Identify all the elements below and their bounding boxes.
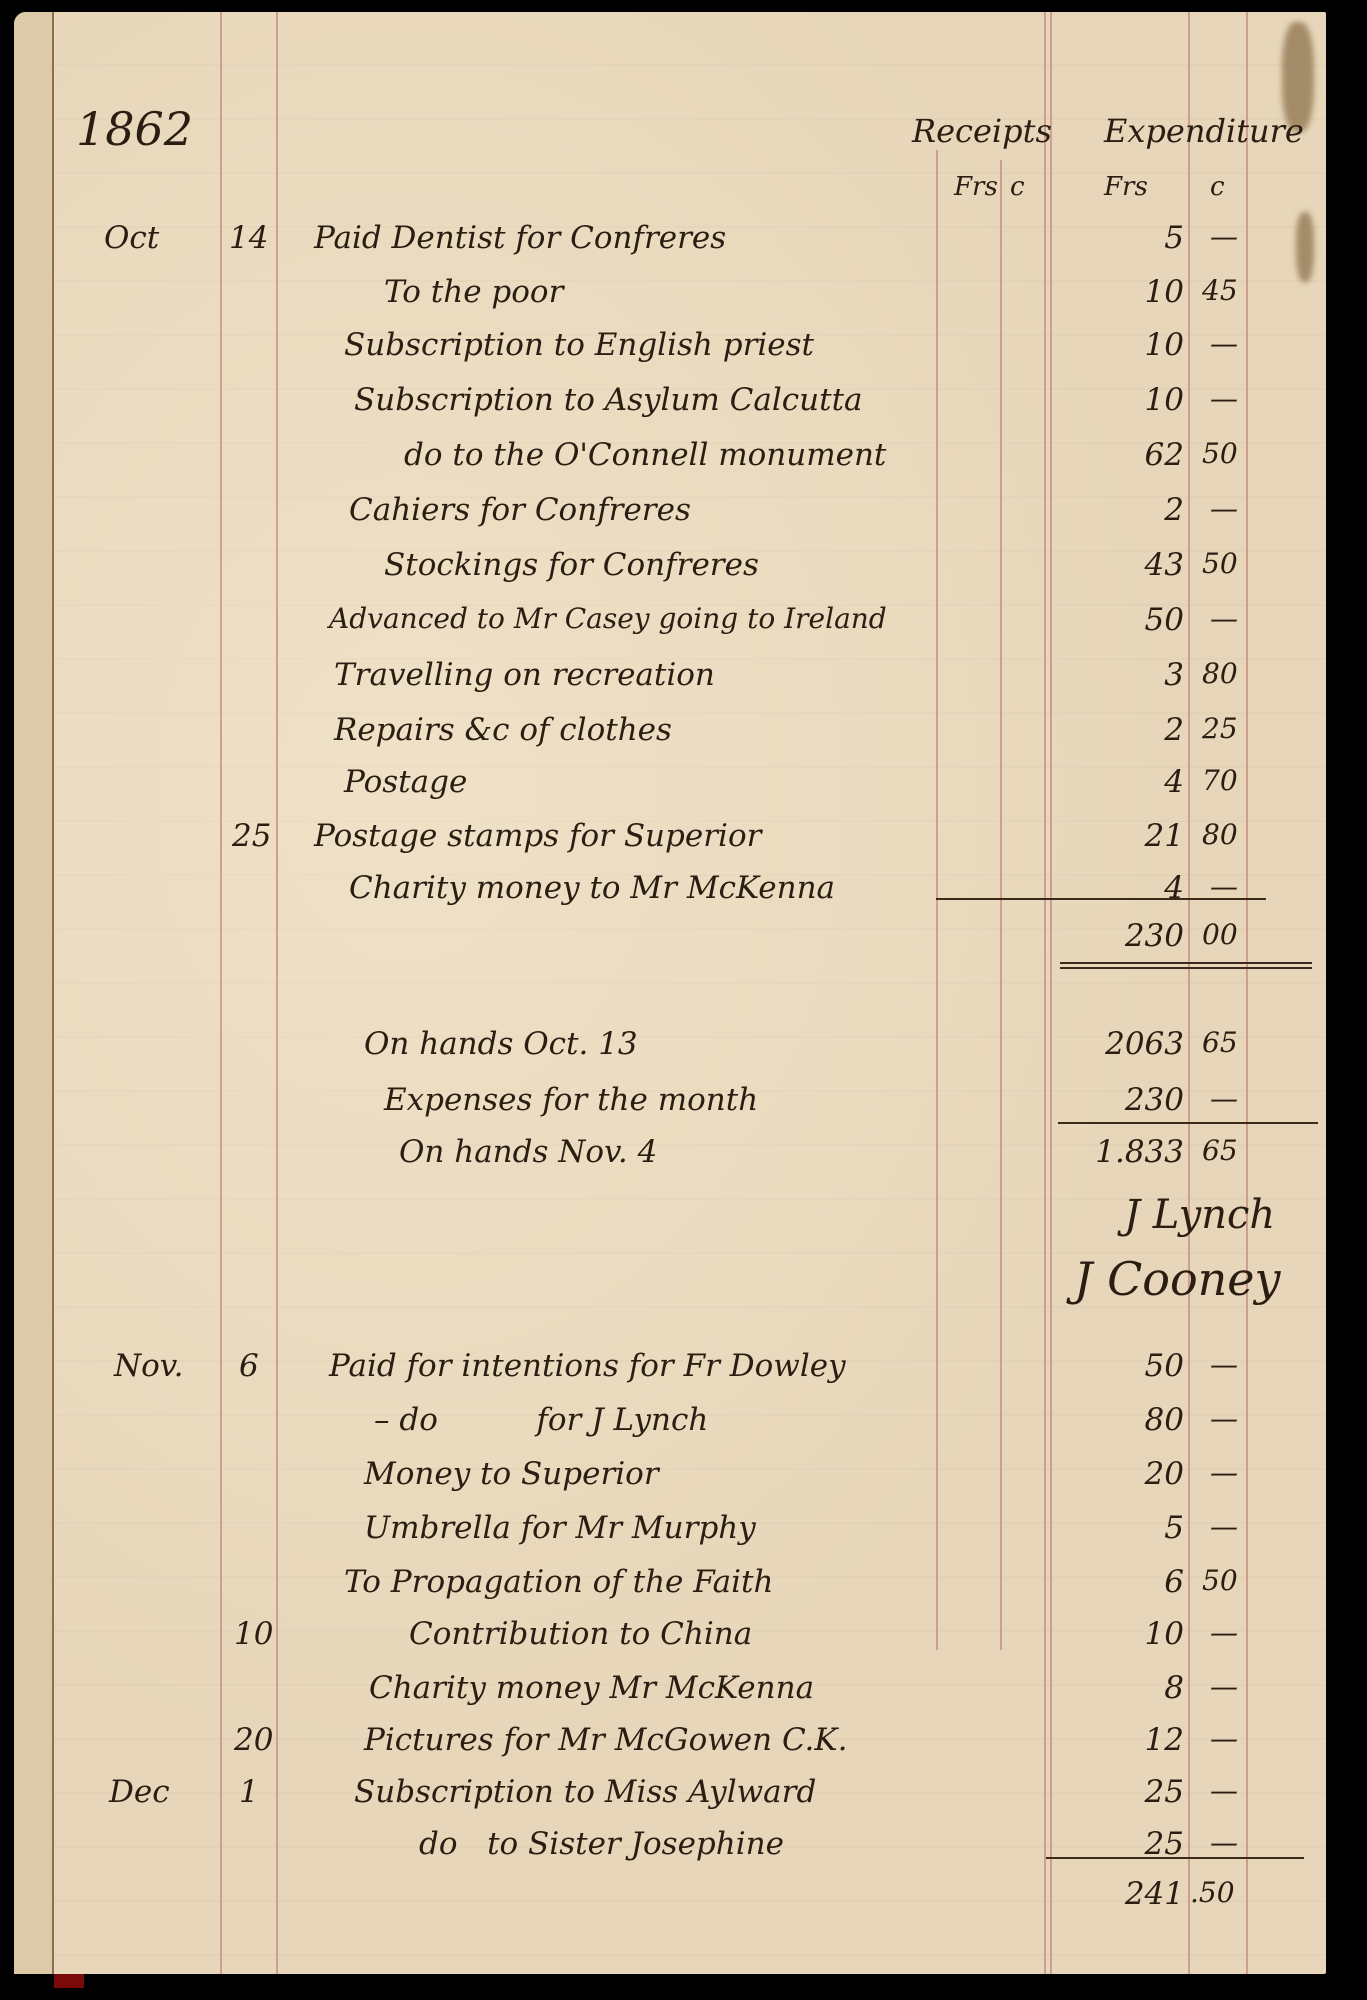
section2-total-frs: 241 <box>1084 1876 1184 1912</box>
entry-c: — <box>1210 1348 1238 1381</box>
entry-c: — <box>1210 1670 1238 1703</box>
balance-frs: 2063 <box>1074 1026 1184 1062</box>
entry-description: Subscription to Asylum Calcutta <box>354 382 863 418</box>
entry-frs: 12 <box>1104 1722 1184 1758</box>
entry-day: 1 <box>239 1774 259 1810</box>
section1-total-frs: 230 <box>1084 918 1184 954</box>
entry-description: Subscription to Miss Aylward <box>354 1774 816 1810</box>
column-rule-receipts-right-b <box>1050 12 1052 1974</box>
balance-rule <box>1058 1122 1318 1124</box>
entry-c: 50 <box>1202 1564 1238 1597</box>
entry-c: — <box>1210 602 1238 635</box>
ledger-page: 1862 Receipts Expenditure Frs c Frs c Oc… <box>14 12 1326 1974</box>
entry-c: 25 <box>1202 712 1238 745</box>
signature: J Cooney <box>1074 1252 1280 1306</box>
entry-description: Umbrella for Mr Murphy <box>364 1510 756 1546</box>
entry-c: — <box>1210 1510 1238 1543</box>
entry-day: 14 <box>229 220 268 256</box>
entry-month: Nov. <box>114 1348 183 1384</box>
entry-description: Pictures for Mr McGowen C.K. <box>364 1722 847 1758</box>
balance-description: Expenses for the month <box>384 1082 758 1118</box>
entry-frs: 2 <box>1104 492 1184 528</box>
entry-description: Money to Superior <box>364 1456 659 1492</box>
balance-c: — <box>1210 1082 1238 1115</box>
expenditure-header: Expenditure <box>1104 112 1304 150</box>
entry-frs: 5 <box>1104 1510 1184 1546</box>
balance-description: On hands Nov. 4 <box>399 1134 657 1170</box>
section1-total-c: 00 <box>1202 918 1238 951</box>
entry-frs: 4 <box>1104 764 1184 800</box>
entry-frs: 80 <box>1104 1402 1184 1438</box>
column-rule-expenditure-cents <box>1188 12 1190 1974</box>
entry-description: Advanced to Mr Casey going to Ireland <box>329 602 887 635</box>
entry-frs: 5 <box>1104 220 1184 256</box>
entry-description: To the poor <box>384 274 563 310</box>
entry-description: Postage stamps for Superior <box>314 818 761 854</box>
section2-total-rule <box>1046 1857 1304 1859</box>
entry-c: — <box>1210 492 1238 525</box>
balance-frs: 1.833 <box>1074 1134 1184 1170</box>
year-heading: 1862 <box>76 102 193 156</box>
signature: J Lynch <box>1124 1192 1275 1238</box>
entry-c: 45 <box>1202 274 1238 307</box>
expenditure-frs-header: Frs <box>1104 172 1148 202</box>
section2-total-c: .50 <box>1190 1876 1235 1909</box>
entry-description: do to the O'Connell monument <box>404 437 886 473</box>
entry-description: – do for J Lynch <box>374 1402 708 1438</box>
red-bookmark-edge <box>54 1974 84 1988</box>
book-binding-edge <box>14 12 54 1974</box>
entry-description: Paid for intentions for Fr Dowley <box>329 1348 846 1384</box>
entry-description: Charity money to Mr McKenna <box>349 870 835 906</box>
entry-description: Contribution to China <box>409 1616 752 1652</box>
entry-c: 50 <box>1202 547 1238 580</box>
entry-frs: 10 <box>1104 1616 1184 1652</box>
entry-frs: 20 <box>1104 1456 1184 1492</box>
entry-c: 50 <box>1202 437 1238 470</box>
entry-day: 6 <box>239 1348 259 1384</box>
entry-frs: 2 <box>1104 712 1184 748</box>
column-rule-receipts-left <box>936 150 938 1650</box>
entry-c: 80 <box>1202 657 1238 690</box>
entry-description: Postage <box>344 764 467 800</box>
total-double-rule-top <box>1060 962 1312 964</box>
entry-c: — <box>1210 327 1238 360</box>
receipts-frs-header: Frs <box>954 172 998 202</box>
entry-frs: 50 <box>1104 602 1184 638</box>
entry-frs: 50 <box>1104 1348 1184 1384</box>
entry-c: — <box>1210 1774 1238 1807</box>
entry-description: Paid Dentist for Confreres <box>314 220 726 256</box>
receipts-header: Receipts <box>912 112 1052 150</box>
entry-day: 25 <box>232 818 271 854</box>
entry-frs: 8 <box>1104 1670 1184 1706</box>
total-double-rule-bottom <box>1060 967 1312 969</box>
entry-frs: 43 <box>1104 547 1184 583</box>
entry-c: — <box>1210 382 1238 415</box>
entry-description: Repairs &c of clothes <box>334 712 672 748</box>
balance-description: On hands Oct. 13 <box>364 1026 638 1062</box>
entry-c: — <box>1210 1616 1238 1649</box>
expenditure-c-header: c <box>1210 172 1225 202</box>
entry-frs: 10 <box>1104 327 1184 363</box>
entry-c: — <box>1210 1456 1238 1489</box>
entry-frs: 10 <box>1104 274 1184 310</box>
entry-c: 80 <box>1202 818 1238 851</box>
column-rule-day <box>276 12 278 1974</box>
entry-description: Charity money Mr McKenna <box>369 1670 814 1706</box>
ink-stain <box>1296 212 1314 282</box>
balance-c: 65 <box>1202 1134 1238 1167</box>
balance-frs: 230 <box>1074 1082 1184 1118</box>
entry-c: — <box>1210 1826 1238 1859</box>
entry-description: To Propagation of the Faith <box>344 1564 773 1600</box>
entry-description: Travelling on recreation <box>334 657 715 693</box>
entry-description: Cahiers for Confreres <box>349 492 691 528</box>
entry-frs: 4 <box>1104 870 1184 906</box>
balance-c: 65 <box>1202 1026 1238 1059</box>
entry-c: — <box>1210 1722 1238 1755</box>
entry-c: 70 <box>1202 764 1238 797</box>
entry-c: — <box>1210 1402 1238 1435</box>
column-rule-expenditure-right <box>1246 12 1248 1974</box>
entry-day: 10 <box>234 1616 273 1652</box>
entry-frs: 21 <box>1104 818 1184 854</box>
column-rule-month <box>220 12 222 1974</box>
entry-month: Dec <box>109 1774 170 1810</box>
entry-month: Oct <box>104 220 159 256</box>
entry-frs: 6 <box>1104 1564 1184 1600</box>
entry-description: Stockings for Confreres <box>384 547 759 583</box>
column-rule-receipts-cents <box>1000 160 1002 1650</box>
receipts-c-header: c <box>1010 172 1025 202</box>
entry-frs: 25 <box>1104 1774 1184 1810</box>
entry-frs: 62 <box>1104 437 1184 473</box>
entry-frs: 10 <box>1104 382 1184 418</box>
entry-description: do to Sister Josephine <box>419 1826 784 1862</box>
column-rule-receipts-right-a <box>1044 12 1046 1974</box>
entry-frs: 3 <box>1104 657 1184 693</box>
entry-description: Subscription to English priest <box>344 327 814 363</box>
entry-c: — <box>1210 220 1238 253</box>
subtotal-rule <box>936 898 1266 900</box>
entry-day: 20 <box>234 1722 273 1758</box>
